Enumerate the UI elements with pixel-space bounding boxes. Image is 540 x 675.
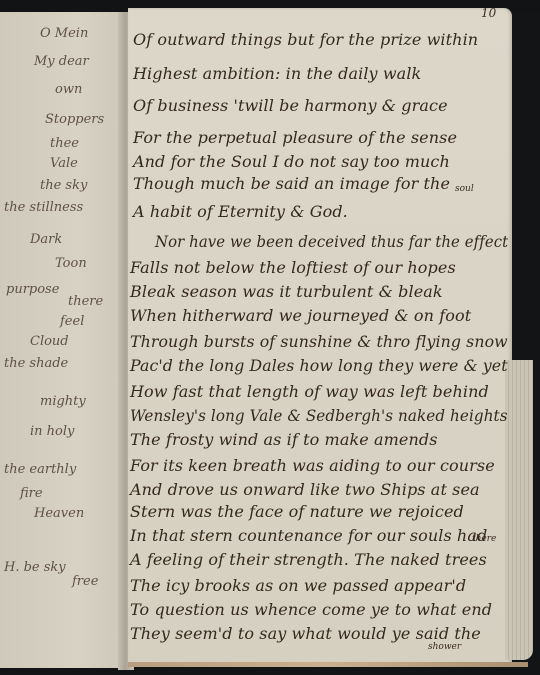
manuscript-line: A habit of Eternity & God. [133, 202, 348, 221]
left-fragment: there [68, 294, 103, 309]
manuscript-line: Bleak season was it turbulent & bleak [130, 282, 443, 301]
left-fragment: the earthly [4, 462, 76, 477]
left-fragment: Toon [55, 256, 87, 271]
left-fragment: the sky [40, 178, 87, 193]
left-fragment: purpose [6, 282, 59, 297]
manuscript-line: They seem'd to say what would ye said th… [130, 624, 481, 643]
manuscript-line: A feeling of their strength. The naked t… [130, 550, 487, 569]
manuscript-line: And for the Soul I do not say too much [133, 152, 450, 171]
manuscript-line: Nor have we been deceived thus far the e… [155, 232, 508, 251]
manuscript-line: For the perpetual pleasure of the sense [133, 128, 457, 147]
manuscript-scan: O Mein My dear own Stoppers thee Vale th… [0, 0, 540, 675]
left-fragment: Dark [30, 232, 62, 247]
left-fragment: Cloud [30, 334, 69, 349]
left-fragment: My dear [34, 54, 89, 69]
manuscript-line: To question us whence come ye to what en… [130, 600, 492, 619]
left-fragment: free [72, 574, 98, 589]
left-fragment: mighty [40, 394, 86, 409]
interlinear-insertion: there [472, 534, 496, 544]
manuscript-line: In that stern countenance for our souls … [130, 526, 487, 545]
left-fragment: Vale [50, 156, 78, 171]
page-number: 10 [481, 6, 496, 20]
manuscript-line: And drove us onward like two Ships at se… [130, 480, 480, 499]
left-fragment: thee [50, 136, 79, 151]
interlinear-insertion: soul [455, 184, 474, 194]
manuscript-line: For its keen breath was aiding to our co… [130, 456, 495, 475]
manuscript-line: Of business 'twill be harmony & grace [133, 96, 448, 115]
left-page: O Mein My dear own Stoppers thee Vale th… [0, 12, 128, 668]
left-fragment: Stoppers [45, 112, 104, 127]
left-fragment: Heaven [34, 506, 84, 521]
manuscript-line: Falls not below the loftiest of our hope… [130, 258, 456, 277]
manuscript-line: How fast that length of way was left beh… [130, 382, 489, 401]
left-fragment: the stillness [4, 200, 83, 215]
manuscript-line: Through bursts of sunshine & thro flying… [130, 332, 508, 351]
page-edges [505, 360, 533, 660]
left-fragment: the shade [4, 356, 68, 371]
left-fragment: O Mein [40, 26, 88, 41]
interlinear-insertion: shower [428, 642, 461, 652]
manuscript-line: Highest ambition: in the daily walk [133, 64, 421, 83]
manuscript-line: Pac'd the long Dales how long they were … [130, 356, 508, 375]
left-fragment: own [55, 82, 82, 97]
manuscript-line: Stern was the face of nature we rejoiced [130, 502, 464, 521]
manuscript-line: The icy brooks as on we passed appear'd [130, 576, 466, 595]
manuscript-line: The frosty wind as if to make amends [130, 430, 438, 449]
left-fragment: fire [20, 486, 43, 501]
left-fragment: H. be sky [4, 560, 66, 575]
page-bottom-edge [128, 662, 528, 667]
manuscript-line: When hitherward we journeyed & on foot [130, 306, 471, 325]
left-fragment: feel [60, 314, 84, 329]
manuscript-line: Though much be said an image for the [133, 174, 450, 193]
manuscript-line: Of outward things but for the prize with… [133, 30, 478, 49]
manuscript-line: Wensley's long Vale & Sedbergh's naked h… [130, 406, 508, 425]
left-fragment: in holy [30, 424, 74, 439]
